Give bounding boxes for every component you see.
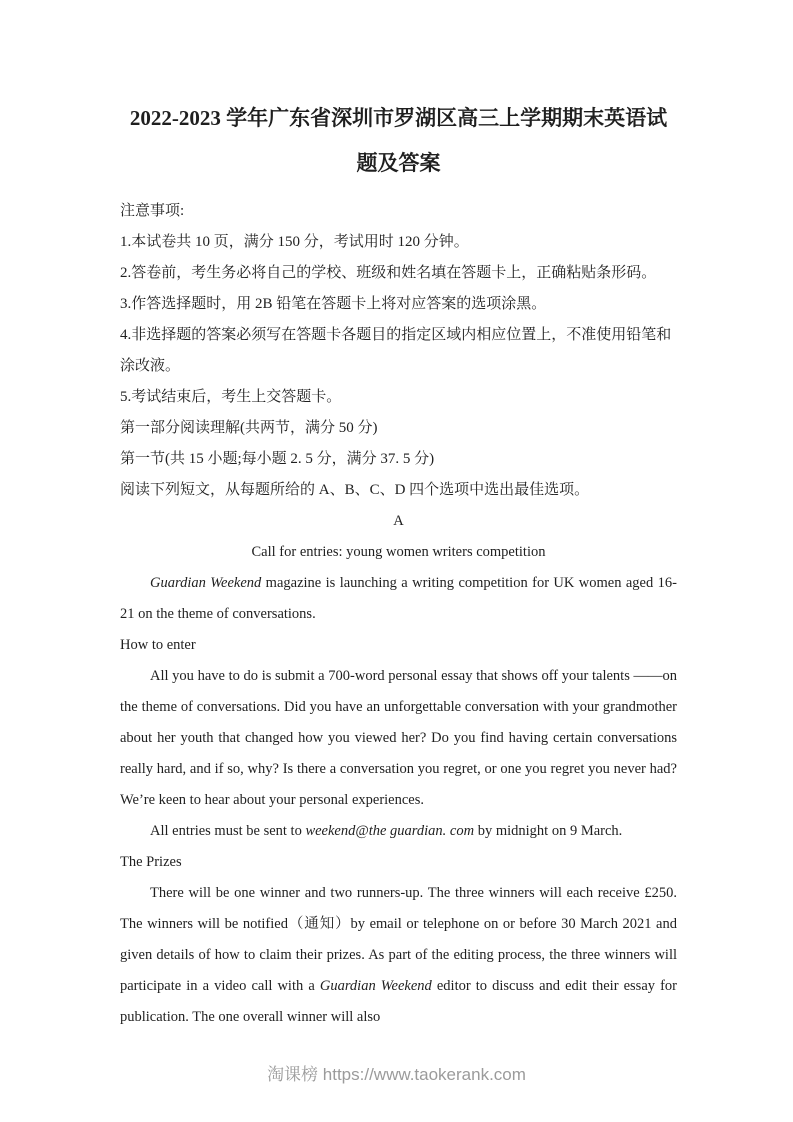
text-run: by midnight on 9 March. — [474, 823, 622, 839]
document-title: 2022-2023 学年广东省深圳市罗湖区高三上学期期末英语试 题及答案 — [120, 96, 677, 186]
italic-text-run: Guardian Weekend — [320, 978, 432, 994]
instruction-line: 阅读下列短文，从每题所给的 A、B、C、D 四个选项中选出最佳选项。 — [120, 475, 677, 506]
part-heading: 第一部分阅读理解(共两节，满分 50 分) — [120, 413, 677, 444]
document-title-line-1: 2022-2023 学年广东省深圳市罗湖区高三上学期期末英语试 — [120, 96, 677, 141]
text-run: 2.答卷前，考生务必将自己的学校、班级和姓名填在答题卡上，正确粘贴条形码。 — [120, 265, 656, 281]
passage-subheading-how-to-enter: How to enter — [120, 630, 677, 661]
section-heading: 第一节(共 15 小题;每小题 2. 5 分，满分 37. 5 分) — [120, 444, 677, 475]
text-run: All entries must be sent to — [150, 823, 305, 839]
notice-item-1: 1.本试卷共 10 页，满分 150 分，考试用时 120 分钟。 — [120, 227, 677, 258]
italic-text-run: weekend@the guardian. com — [305, 823, 474, 839]
passage-paragraph-4: There will be one winner and two runners… — [120, 878, 677, 1033]
text-run: All you have to do is submit a 700-word … — [120, 668, 677, 808]
passage-paragraph-2: All you have to do is submit a 700-word … — [120, 661, 677, 816]
passage-subheading-the-prizes: The Prizes — [120, 847, 677, 878]
passage-title: Call for entries: young women writers co… — [120, 537, 677, 568]
passage-paragraph-3: All entries must be sent to weekend@the … — [120, 816, 677, 847]
notice-item-2: 2.答卷前，考生务必将自己的学校、班级和姓名填在答题卡上，正确粘贴条形码。 — [120, 258, 677, 289]
notice-item-5: 5.考试结束后，考生上交答题卡。 — [120, 382, 677, 413]
text-run: 第一部分阅读理解(共两节，满分 50 分) — [120, 420, 378, 436]
italic-text-run: Guardian Weekend — [150, 575, 261, 591]
text-run: 3.作答选择题时，用 2B 铅笔在答题卡上将对应答案的选项涂黑。 — [120, 296, 546, 312]
text-run: 阅读下列短文，从每题所给的 A、B、C、D 四个选项中选出最佳选项。 — [120, 482, 589, 498]
text-run: 第一节(共 15 小题;每小题 2. 5 分，满分 37. 5 分) — [120, 451, 434, 467]
text-run: 1.本试卷共 10 页，满分 150 分，考试用时 120 分钟。 — [120, 234, 469, 250]
passage-paragraph-1: Guardian Weekend magazine is launching a… — [120, 568, 677, 630]
page-footer: 淘课榜 https://www.taokerank.com — [0, 1060, 793, 1085]
document-title-line-2: 题及答案 — [120, 141, 677, 186]
notice-heading: 注意事项: — [120, 196, 677, 227]
text-run: How to enter — [120, 637, 196, 653]
text-run: 5.考试结束后，考生上交答题卡。 — [120, 389, 341, 405]
watermark-text: 淘课榜 https://www.taokerank.com — [267, 1065, 526, 1084]
document-content: 2022-2023 学年广东省深圳市罗湖区高三上学期期末英语试 题及答案 注意事… — [120, 0, 677, 1033]
text-run: 注意事项: — [120, 203, 184, 219]
text-run: The Prizes — [120, 854, 182, 870]
notice-item-4: 4.非选择题的答案必须写在答题卡各题目的指定区域内相应位置上，不准使用铅笔和涂改… — [120, 320, 677, 382]
passage-label: A — [120, 506, 677, 537]
notice-item-3: 3.作答选择题时，用 2B 铅笔在答题卡上将对应答案的选项涂黑。 — [120, 289, 677, 320]
text-run: A — [393, 513, 403, 529]
text-run: 4.非选择题的答案必须写在答题卡各题目的指定区域内相应位置上，不准使用铅笔和涂改… — [120, 327, 671, 374]
text-run: Call for entries: young women writers co… — [252, 544, 546, 560]
document-page: 2022-2023 学年广东省深圳市罗湖区高三上学期期末英语试 题及答案 注意事… — [0, 0, 793, 1122]
document-body: 注意事项:1.本试卷共 10 页，满分 150 分，考试用时 120 分钟。2.… — [120, 196, 677, 1033]
